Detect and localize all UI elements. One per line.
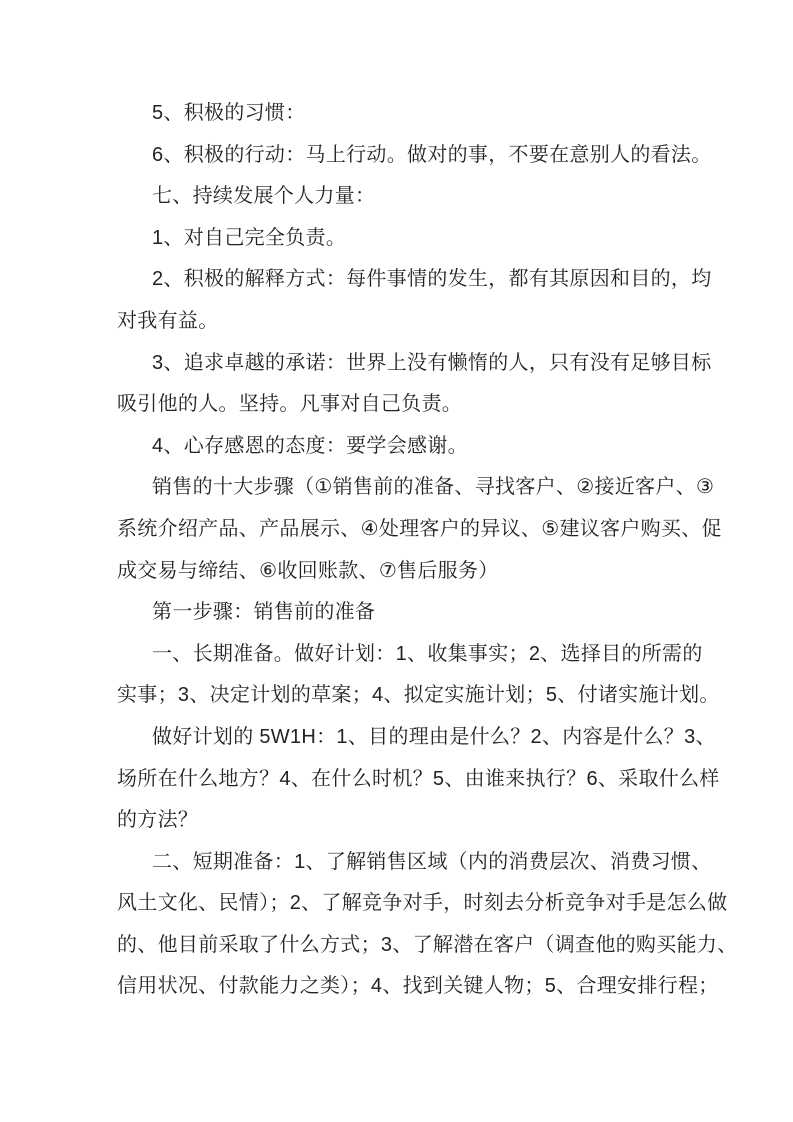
text-line: 七、持续发展个人力量：: [117, 176, 677, 218]
text-line: 的、他目前采取了什么方式；3、了解潜在客户（调查他的购买能力、: [117, 925, 677, 967]
text-line: 4、心存感恩的态度：要学会感谢。: [117, 426, 677, 468]
text-line: 系统介绍产品、产品展示、④处理客户的异议、⑤建议客户购买、促: [117, 509, 677, 551]
text-line: 吸引他的人。坚持。凡事对自己负责。: [117, 384, 677, 426]
text-line: 6、积极的行动：马上行动。做对的事，不要在意别人的看法。: [117, 135, 677, 177]
text-line: 销售的十大步骤（①销售前的准备、寻找客户、②接近客户、③: [117, 467, 677, 509]
text-line: 场所在什么地方？4、在什么时机？5、由谁来执行？6、采取什么样: [117, 759, 677, 801]
text-line: 风土文化、民情）；2、了解竞争对手，时刻去分析竞争对手是怎么做: [117, 883, 677, 925]
text-line: 成交易与缔结、⑥收回账款、⑦售后服务）: [117, 551, 677, 593]
text-line: 2、积极的解释方式：每件事情的发生，都有其原因和目的，均: [117, 259, 677, 301]
text-line: 第一步骤：销售前的准备: [117, 592, 677, 634]
text-line: 3、追求卓越的承诺：世界上没有懒惰的人，只有没有足够目标: [117, 343, 677, 385]
text-line: 一、长期准备。做好计划：1、收集事实；2、选择目的所需的: [117, 634, 677, 676]
text-line: 做好计划的 5W1H：1、目的理由是什么？2、内容是什么？3、: [117, 717, 677, 759]
document-page: 5、积极的习惯：6、积极的行动：马上行动。做对的事，不要在意别人的看法。七、持续…: [0, 0, 793, 1122]
text-line: 二、短期准备：1、了解销售区域（内的消费层次、消费习惯、: [117, 842, 677, 884]
text-line: 1、对自己完全负责。: [117, 218, 677, 260]
text-line: 信用状况、付款能力之类）；4、找到关键人物；5、合理安排行程；: [117, 966, 677, 1008]
text-line: 5、积极的习惯：: [117, 93, 677, 135]
text-line: 实事；3、决定计划的草案；4、拟定实施计划；5、付诸实施计划。: [117, 675, 677, 717]
text-line: 的方法？: [117, 800, 677, 842]
text-line: 对我有益。: [117, 301, 677, 343]
document-body: 5、积极的习惯：6、积极的行动：马上行动。做对的事，不要在意别人的看法。七、持续…: [117, 93, 677, 1008]
